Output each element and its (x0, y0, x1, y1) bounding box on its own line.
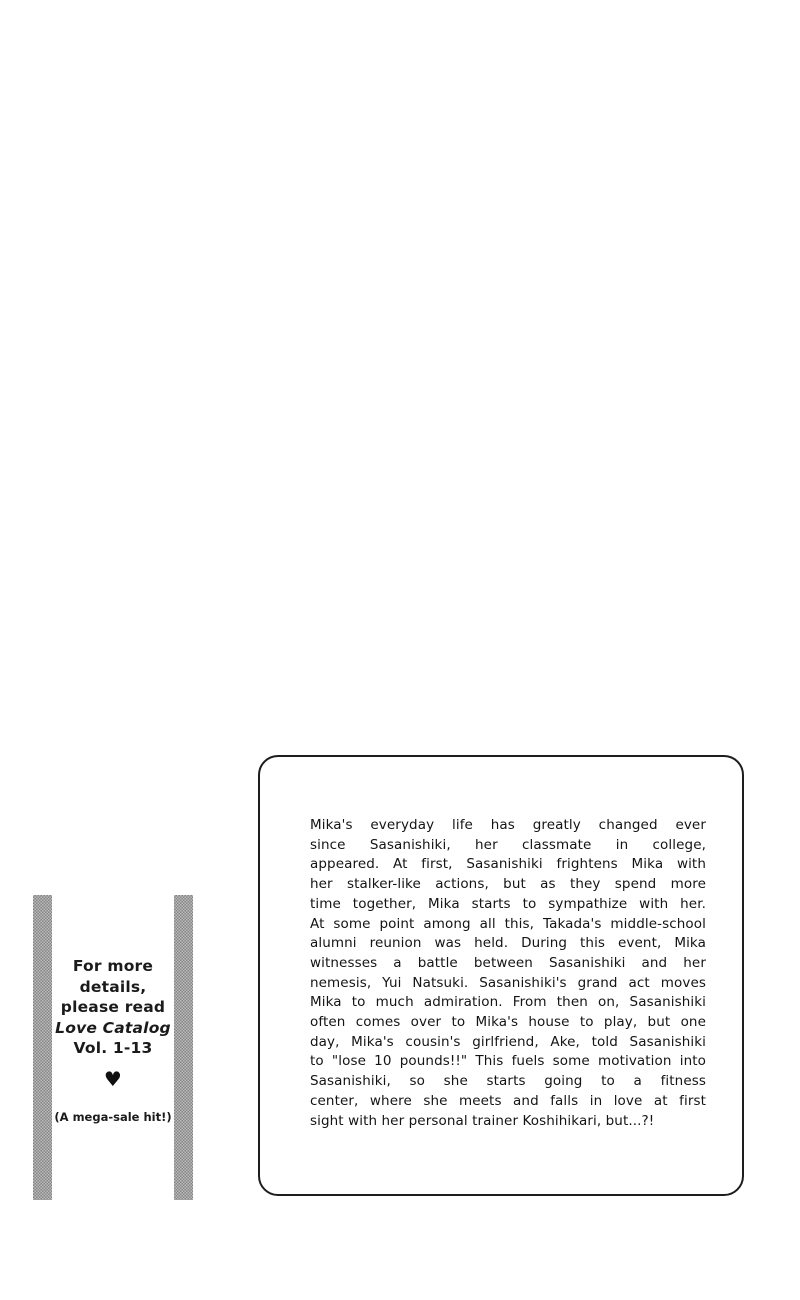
synopsis-line: Mika to much admiration. From then on, S… (310, 993, 706, 1013)
synopsis-line: to "lose 10 pounds!!" This fuels some mo… (310, 1052, 706, 1072)
synopsis-line: often comes over to Mika's house to play… (310, 1013, 706, 1033)
manga-page: For more details, please read Love Catal… (0, 0, 800, 1300)
note-caption: (A mega-sale hit!) (23, 1110, 203, 1124)
synopsis-line: appeared. At first, Sasanishiki frighten… (310, 855, 706, 875)
sidebar-note: For more details, please read Love Catal… (23, 956, 203, 1124)
synopsis-line: alumni reunion was held. During this eve… (310, 934, 706, 954)
volume-range: Vol. 1-13 (23, 1038, 203, 1059)
synopsis-line: day, Mika's cousin's girlfriend, Ake, to… (310, 1033, 706, 1053)
synopsis-line: sight with her personal trainer Koshihik… (310, 1112, 706, 1132)
synopsis-line: center, where she meets and falls in lov… (310, 1092, 706, 1112)
note-line: please read (23, 997, 203, 1018)
heart-icon: ♥ (23, 1067, 203, 1091)
synopsis-line: At some point among all this, Takada's m… (310, 915, 706, 935)
synopsis-line: since Sasanishiki, her classmate in coll… (310, 836, 706, 856)
synopsis-line: time together, Mika starts to sympathize… (310, 895, 706, 915)
note-line: details, (23, 977, 203, 998)
synopsis-line: witnesses a battle between Sasanishiki a… (310, 954, 706, 974)
synopsis-line: Mika's everyday life has greatly changed… (310, 816, 706, 836)
synopsis-box: Mika's everyday life has greatly changed… (258, 755, 744, 1196)
synopsis-line: nemesis, Yui Natsuki. Sasanishiki's gran… (310, 974, 706, 994)
synopsis-line: her stalker-like actions, but as they sp… (310, 875, 706, 895)
synopsis-line: Sasanishiki, so she starts going to a fi… (310, 1072, 706, 1092)
synopsis-text: Mika's everyday life has greatly changed… (310, 816, 706, 1131)
note-line: For more (23, 956, 203, 977)
series-title: Love Catalog (23, 1018, 203, 1039)
